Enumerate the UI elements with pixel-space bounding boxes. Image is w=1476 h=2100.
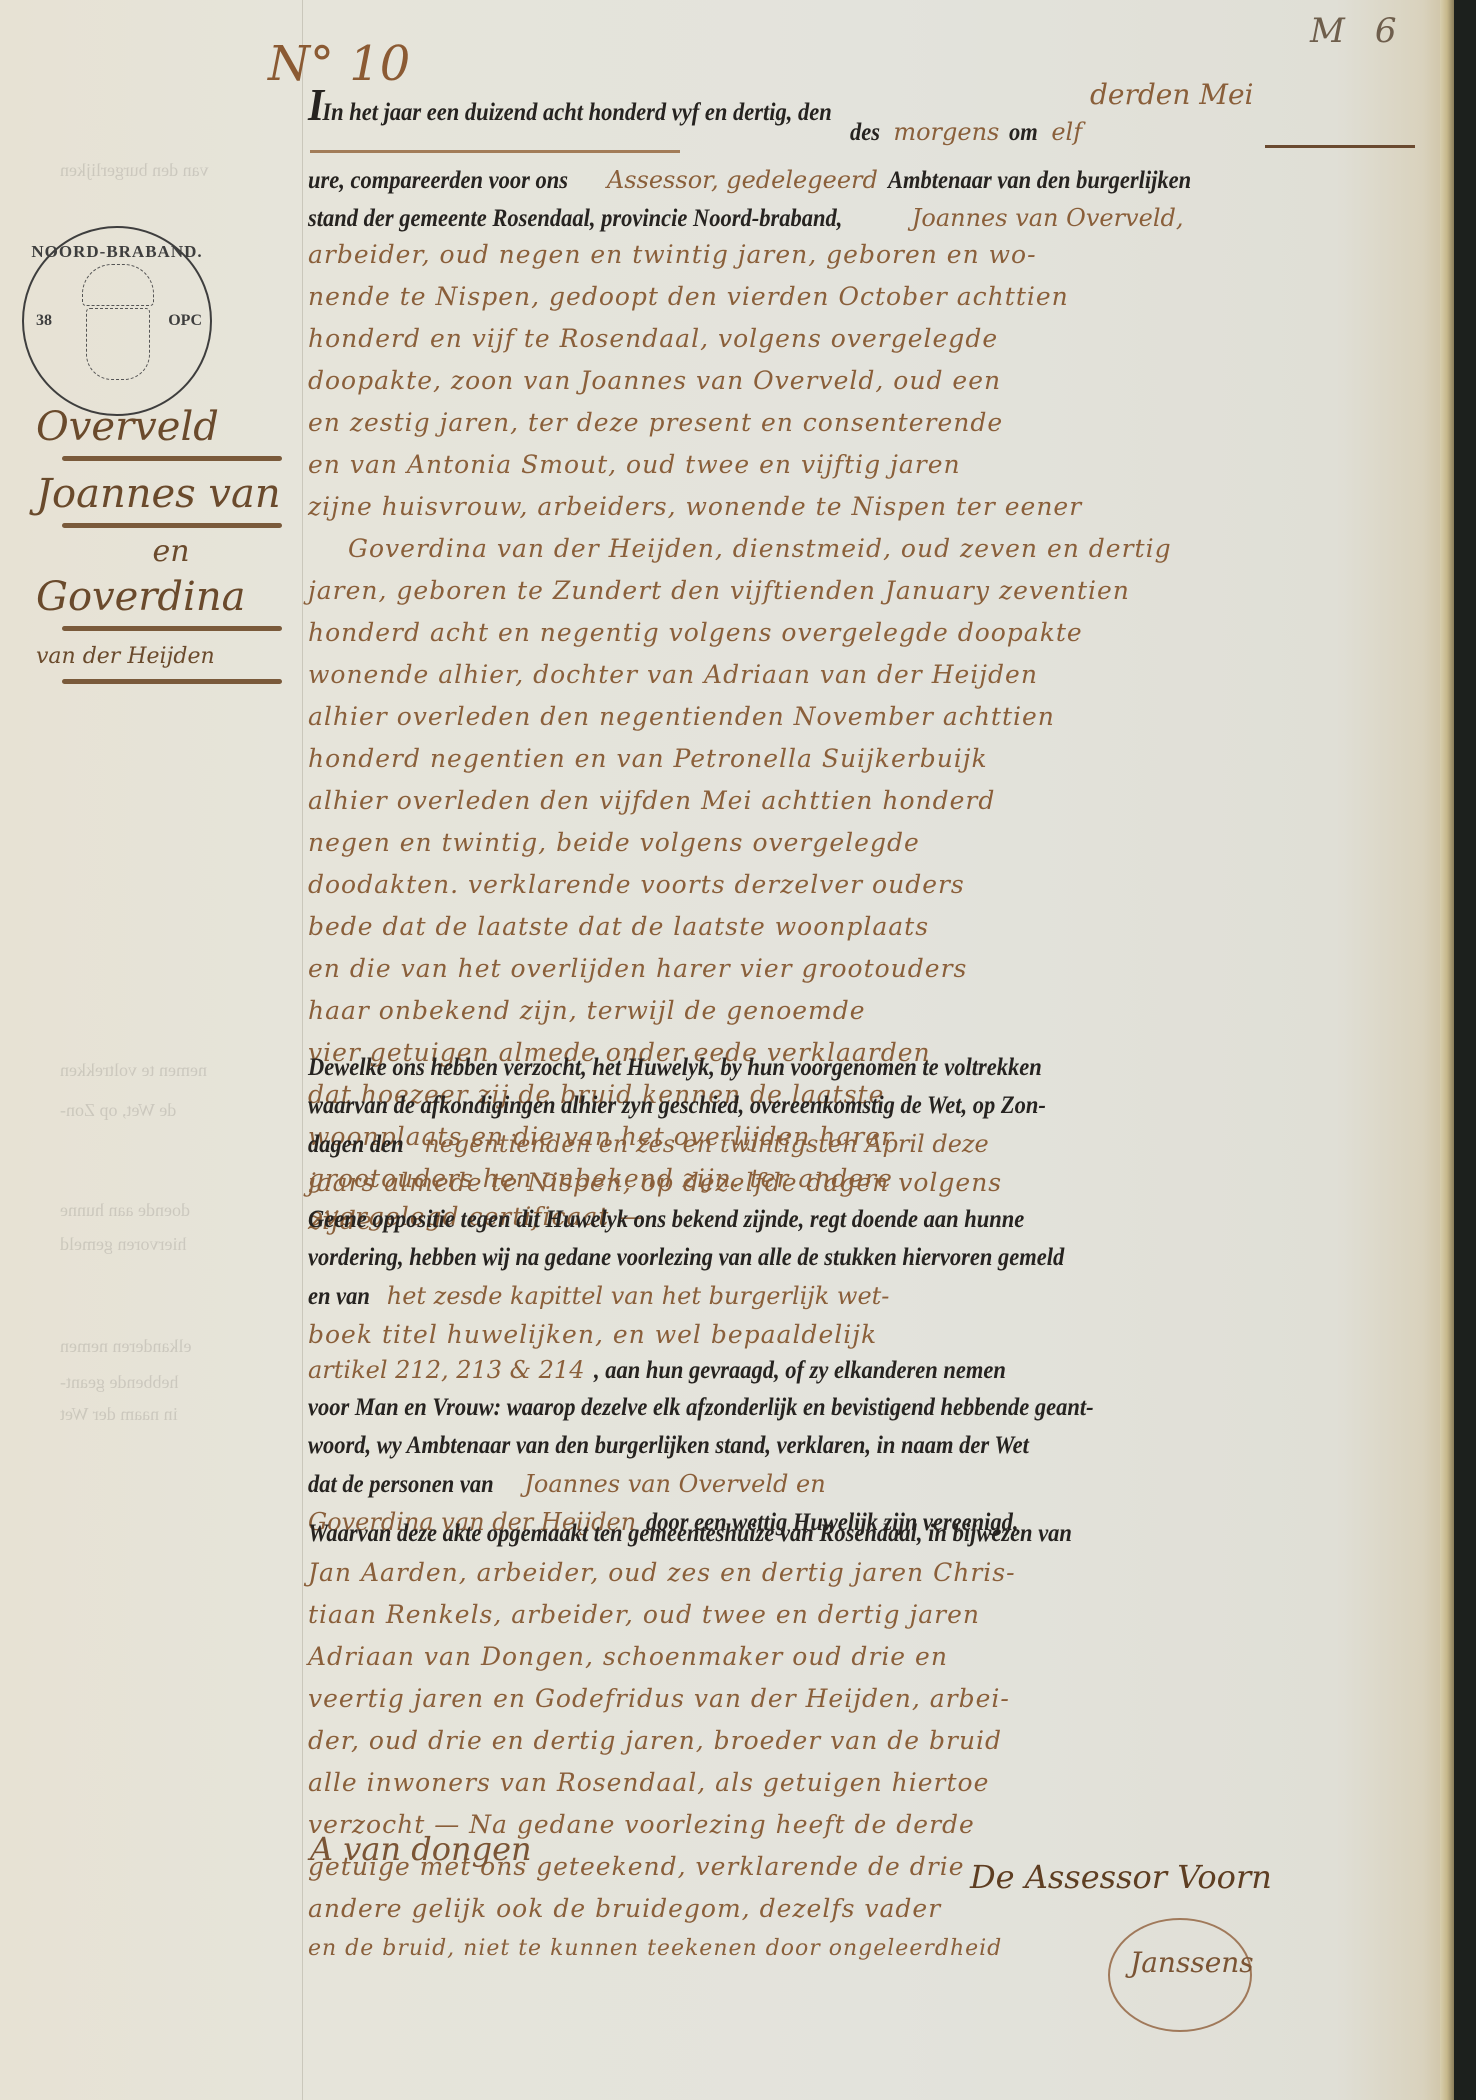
- printed-om: om: [1009, 119, 1038, 147]
- time-line: des morgens om elf: [850, 118, 1082, 156]
- bleed-through-text: hebbende geant-: [60, 1372, 178, 1393]
- printed-text: dat de personen van: [308, 1471, 494, 1499]
- printed-des: des: [850, 119, 880, 147]
- body-line: jaren, geboren te Zundert den vijftiende…: [308, 576, 1418, 618]
- body-line: en die van het overlijden harer vier gro…: [308, 954, 1418, 996]
- margin-names: Overveld Joannes van en Goverdina van de…: [36, 400, 306, 690]
- witness-signature: A van dongen: [310, 1830, 532, 1868]
- printed-stand: stand der gemeente Rosendaal, provincie …: [308, 205, 842, 233]
- body-line: nende te Nispen, gedoopt den vierden Oct…: [308, 282, 1418, 324]
- printed-text: en van: [308, 1283, 370, 1311]
- body-line: bede dat de laatste dat de laatste woonp…: [308, 912, 1418, 954]
- margin-underline: [62, 523, 282, 528]
- printed-text: dagen den: [308, 1131, 404, 1159]
- appearance-block: ure, compareerden voor ons Assessor, ged…: [308, 166, 1418, 242]
- handwritten-groom: Joannes van Overveld en: [524, 1470, 825, 1498]
- witnesses-block: Waarvan deze akte opgemaakt ten gemeente…: [308, 1520, 1418, 1978]
- margin-bride-surname: van der Heijden: [36, 637, 306, 677]
- body-line: honderd acht en negentig volgens overgel…: [308, 618, 1418, 660]
- body-line: en van Antonia Smout, oud twee en vijfti…: [308, 450, 1418, 492]
- folio-number: 6: [1375, 11, 1397, 51]
- handwritten-law-reference: het zesde kapittel van het burgerlijk we…: [387, 1282, 890, 1310]
- witness-line: Jan Aarden, arbeider, oud zes en dertig …: [308, 1558, 1418, 1600]
- page-edge: [1440, 0, 1454, 2100]
- crown-icon: [82, 264, 154, 306]
- body-line: arbeider, oud negen en twintig jaren, ge…: [308, 240, 1418, 282]
- bleed-through-text: van den burgerlijken: [60, 160, 209, 181]
- handwritten-proclamation-dates: negentienden en zes en twintigsten April…: [424, 1130, 989, 1158]
- margin-conjunction: en: [36, 534, 306, 570]
- printed-text: voor Man en Vrouw: waarop dezelve elk af…: [308, 1394, 1094, 1422]
- body-line: doodakten. verklarende voorts derzelver …: [308, 870, 1418, 912]
- bleed-through-text: elkanderen nemen: [60, 1336, 191, 1357]
- handwritten-text: jaars almede te Nispen, op dezelfde dage…: [308, 1168, 1418, 1202]
- printed-ure: ure, compareerden voor ons: [308, 167, 568, 195]
- body-line: zijne huisvrouw, arbeiders, wonende te N…: [308, 492, 1418, 534]
- bleed-through-text: nemen te voltrekken: [60, 1060, 207, 1081]
- printed-text: waarvan de afkondigingen alhier zyn gesc…: [308, 1092, 1046, 1120]
- body-line: negen en twintig, beide volgens overgele…: [308, 828, 1418, 870]
- margin-groom-name: Joannes van: [36, 467, 306, 521]
- handwritten-articles: artikel 212, 213 & 214: [308, 1356, 584, 1384]
- body-line: haar onbekend zijn, terwijl de genoemde: [308, 996, 1418, 1038]
- officer-signature: De Assessor Voorn: [970, 1858, 1272, 1896]
- printed-intro-text: In het jaar een duizend acht honderd vyf…: [322, 99, 831, 126]
- witness-line: tiaan Renkels, arbeider, oud twee en der…: [308, 1600, 1418, 1642]
- margin-surname: Overveld: [36, 400, 306, 454]
- flourish-signature: Janssens: [1130, 1946, 1254, 1979]
- witness-line: veertig jaren en Godefridus van der Heij…: [308, 1684, 1418, 1726]
- witness-line: andere gelijk ook de bruidegom, dezelfs …: [308, 1894, 1418, 1936]
- body-line: en zestig jaren, ter deze present en con…: [308, 408, 1418, 450]
- handwritten-groom: Joannes van Overveld,: [912, 204, 1184, 232]
- margin-underline: [62, 626, 282, 631]
- body-line: doopakte, zoon van Joannes van Overveld,…: [308, 366, 1418, 408]
- handwritten-officer: Assessor, gedelegeerd: [607, 166, 878, 194]
- shield-icon: [86, 308, 150, 380]
- margin-underline: [62, 456, 282, 461]
- body-line: alhier overleden den vijfden Mei achttie…: [308, 786, 1418, 828]
- printed-text: Dewelke ons hebben verzocht, het Huwelyk…: [308, 1054, 1042, 1082]
- declaration-block: Geene oppositie tegen dit Huwelyk ons be…: [308, 1206, 1418, 1546]
- handwritten-date: derden Mei: [1090, 78, 1254, 111]
- book-binding-edge: [1454, 0, 1476, 2100]
- body-line: alhier overleden den negentienden Novemb…: [308, 702, 1418, 744]
- body-line: honderd en vijf te Rosendaal, volgens ov…: [308, 324, 1418, 366]
- handwritten-time-of-day: morgens: [893, 118, 999, 146]
- stamp-province-text: NOORD-BRABAND.: [24, 242, 210, 262]
- bleed-through-text: doende aan hunne: [60, 1200, 190, 1221]
- printed-text: Geene oppositie tegen dit Huwelyk ons be…: [308, 1206, 1024, 1234]
- body-line: wonende alhier, dochter van Adriaan van …: [308, 660, 1418, 702]
- fill-line: [1265, 145, 1415, 148]
- stamp-value-right: OPC: [168, 312, 202, 330]
- document-page: van den burgerlijken nemen te voltrekken…: [0, 0, 1452, 2100]
- bleed-through-text: in naam der Wet: [60, 1404, 178, 1425]
- printed-text: Waarvan deze akte opgemaakt ten gemeente…: [308, 1520, 1072, 1548]
- body-line: honderd negentien en van Petronella Suij…: [308, 744, 1418, 786]
- body-line: Goverdina van der Heijden, dienstmeid, o…: [308, 534, 1418, 576]
- witness-line: der, oud drie en dertig jaren, broeder v…: [308, 1726, 1418, 1768]
- bleed-through-text: hiervoren gemeld: [60, 1234, 186, 1255]
- margin-bride-name: Goverdina: [36, 570, 306, 624]
- fill-line: [310, 150, 680, 153]
- folio-letter: M: [1310, 11, 1345, 51]
- printed-intro: IIn het jaar een duizend acht honderd vy…: [308, 78, 832, 131]
- folio-mark: M6: [1310, 2, 1396, 53]
- margin-underline: [62, 679, 282, 684]
- margin-rule: [302, 0, 303, 2100]
- stamp-value-left: 38: [36, 312, 52, 330]
- witness-line: alle inwoners van Rosendaal, als getuige…: [308, 1768, 1418, 1810]
- witness-line: Adriaan van Dongen, schoenmaker oud drie…: [308, 1642, 1418, 1684]
- printed-text: woord, wy Ambtenaar van den burgerlijken…: [308, 1432, 1029, 1460]
- handwritten-law-reference: boek titel huwelijken, en wel bepaaldeli…: [308, 1320, 1418, 1356]
- bleed-through-text: de Wet, op Zon-: [60, 1100, 176, 1121]
- printed-text: vordering, hebben wij na gedane voorlezi…: [308, 1244, 1064, 1272]
- handwritten-hour: elf: [1051, 118, 1082, 146]
- printed-ambtenaar: Ambtenaar van den burgerlijken: [888, 167, 1191, 195]
- tax-stamp: NOORD-BRABAND. 38 OPC: [22, 226, 212, 416]
- printed-text: , aan hun gevraagd, of zy elkanderen nem…: [594, 1357, 1006, 1385]
